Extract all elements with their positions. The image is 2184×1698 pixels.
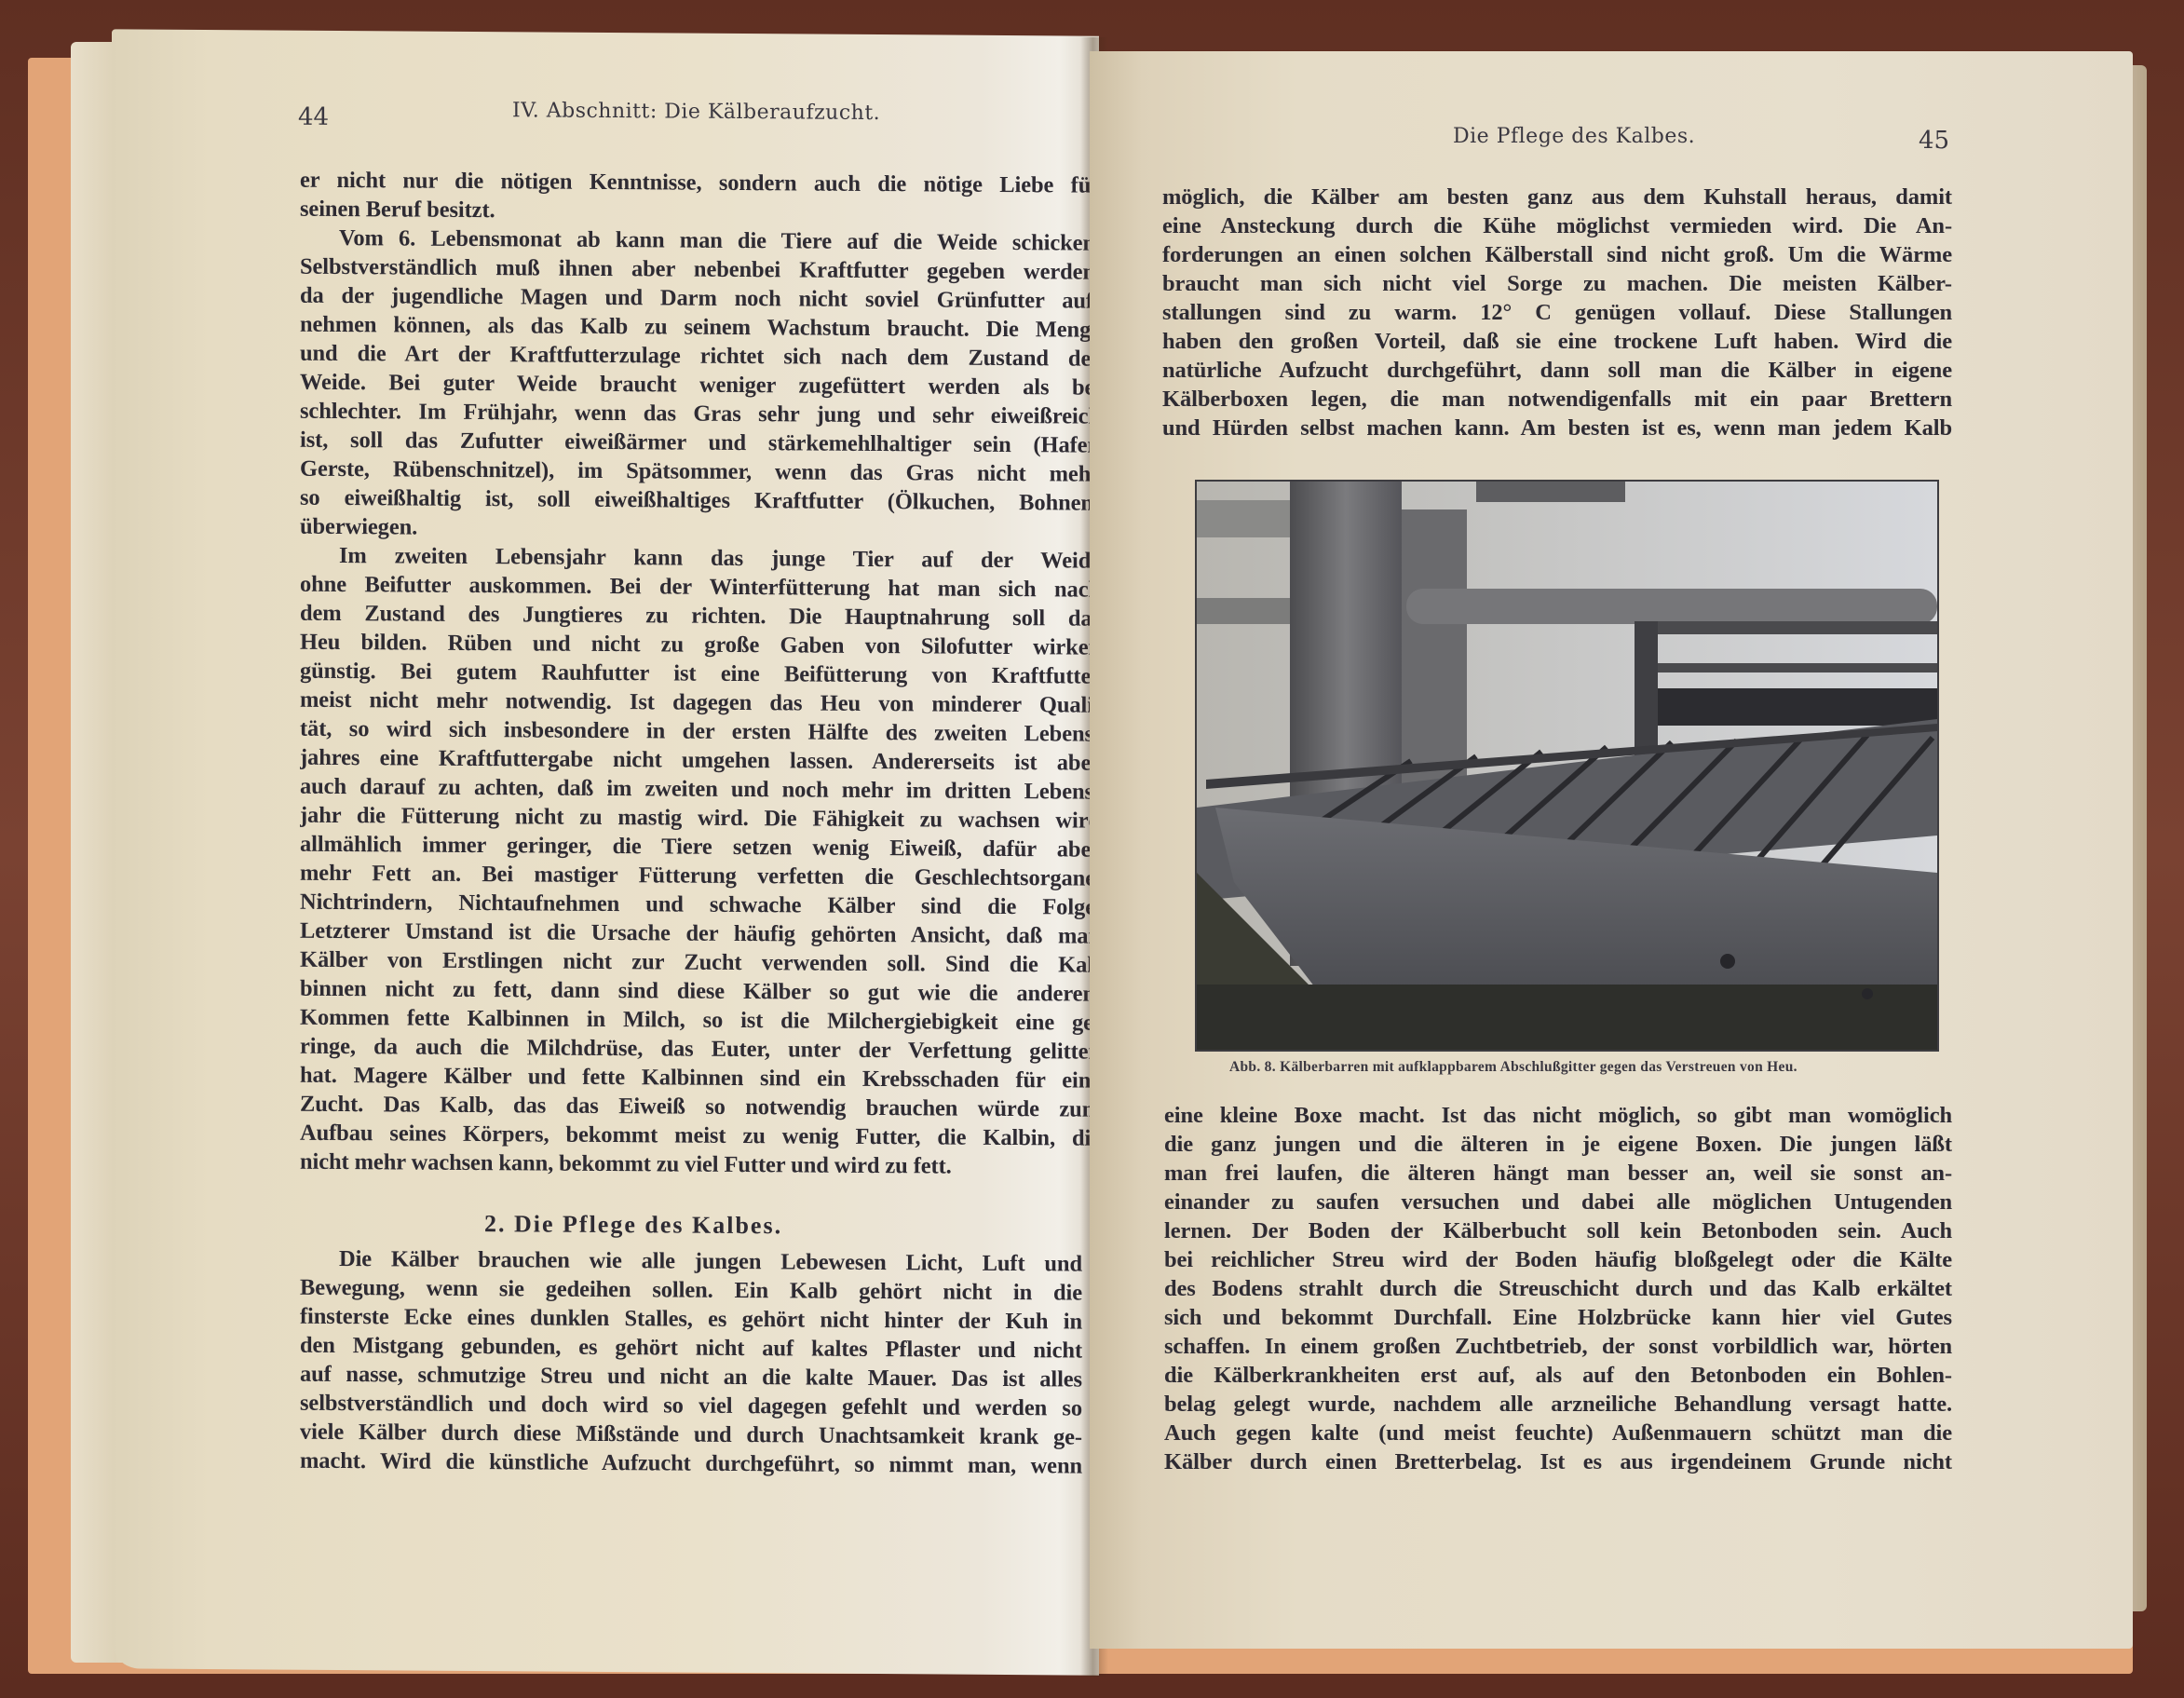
figure-photo-calf-trough [1195,480,1939,1052]
text-line: des Bodens strahlt durch die Streuschich… [1164,1274,1952,1303]
text-line: haben den großen Vorteil, daß sie eine t… [1162,327,1952,356]
text-line: Kälber durch einen Bretterbelag. Ist es … [1164,1447,1952,1476]
page-number-left: 44 [298,103,329,131]
text-line: lernen. Der Boden der Kälberbucht soll k… [1164,1216,1952,1245]
left-paragraph-3: Im zweiten Lebensjahr kann das junge Tie… [300,541,1101,1182]
page-number-right: 45 [1919,127,1949,155]
text-line: nicht mehr wachsen kann, bekommt zu viel… [300,1148,1101,1182]
text-line: sich und bekommt Durchfall. Eine Holzbrü… [1164,1303,1952,1332]
text-line: natürliche Aufzucht durchgeführt, dann s… [1162,356,1952,385]
figure-caption: Abb. 8. Kälberbarren mit aufklappbarem A… [1229,1059,1937,1076]
text-line: möglich, die Kälber am besten ganz aus d… [1162,183,1952,211]
text-line: eine kleine Boxe macht. Ist das nicht mö… [1164,1101,1952,1130]
text-line: belag gelegt wurde, nachdem alle arzneil… [1164,1390,1952,1419]
left-paragraph-2: Vom 6. Lebensmonat ab kann man die Tiere… [300,224,1101,547]
text-line: die ganz jungen und die älteren in je ei… [1164,1130,1952,1159]
text-line: so eiweißhaltig ist, soll eiweißhaltiges… [300,483,1101,518]
text-line: und Hürden selbst machen kann. Am besten… [1162,414,1952,442]
text-line: man frei laufen, die älteren hängt man b… [1164,1159,1952,1188]
text-line: die Kälberkrankheiten erst auf, als auf … [1164,1361,1952,1390]
trough-photo-illustration [1197,482,1937,1050]
text-line: braucht man sich nicht viel Sorge zu mac… [1162,269,1952,298]
left-paragraph-1: er nicht nur die nötigen Kenntnisse, son… [300,166,1101,229]
text-line: Auch gegen kalte (und meist feuchte) Auß… [1164,1419,1952,1447]
text-line: schaffen. In einem großen Zuchtbetrieb, … [1164,1332,1952,1361]
text-line: stallungen sind zu warm. 12° C genügen v… [1162,298,1952,327]
left-paragraph-4: Die Kälber brauchen wie alle jungen Lebe… [300,1244,1082,1481]
left-page: 44 IV. Abschnitt: Die Kälberaufzucht. er… [112,29,1099,1675]
running-head-left: IV. Abschnitt: Die Kälberaufzucht. [512,99,880,125]
section-heading: 2. Die Pflege des Kalbes. [484,1210,782,1240]
text-line: forderungen an einen solchen Kälberstall… [1162,240,1952,269]
text-line: bei reichlicher Streu wird der Boden häu… [1164,1245,1952,1274]
text-line: eine Ansteckung durch die Kühe möglichst… [1162,211,1952,240]
running-head-right: Die Pflege des Kalbes. [1453,125,1695,148]
text-line: macht. Wird die künstliche Aufzucht durc… [300,1447,1082,1481]
right-paragraph-2: eine kleine Boxe macht. Ist das nicht mö… [1164,1101,1952,1476]
right-paragraph-1: möglich, die Kälber am besten ganz aus d… [1162,183,1952,442]
text-line: Kälberboxen legen, die man notwendigenfa… [1162,385,1952,414]
text-line: einander zu saufen versuchen und dabei a… [1164,1188,1952,1216]
